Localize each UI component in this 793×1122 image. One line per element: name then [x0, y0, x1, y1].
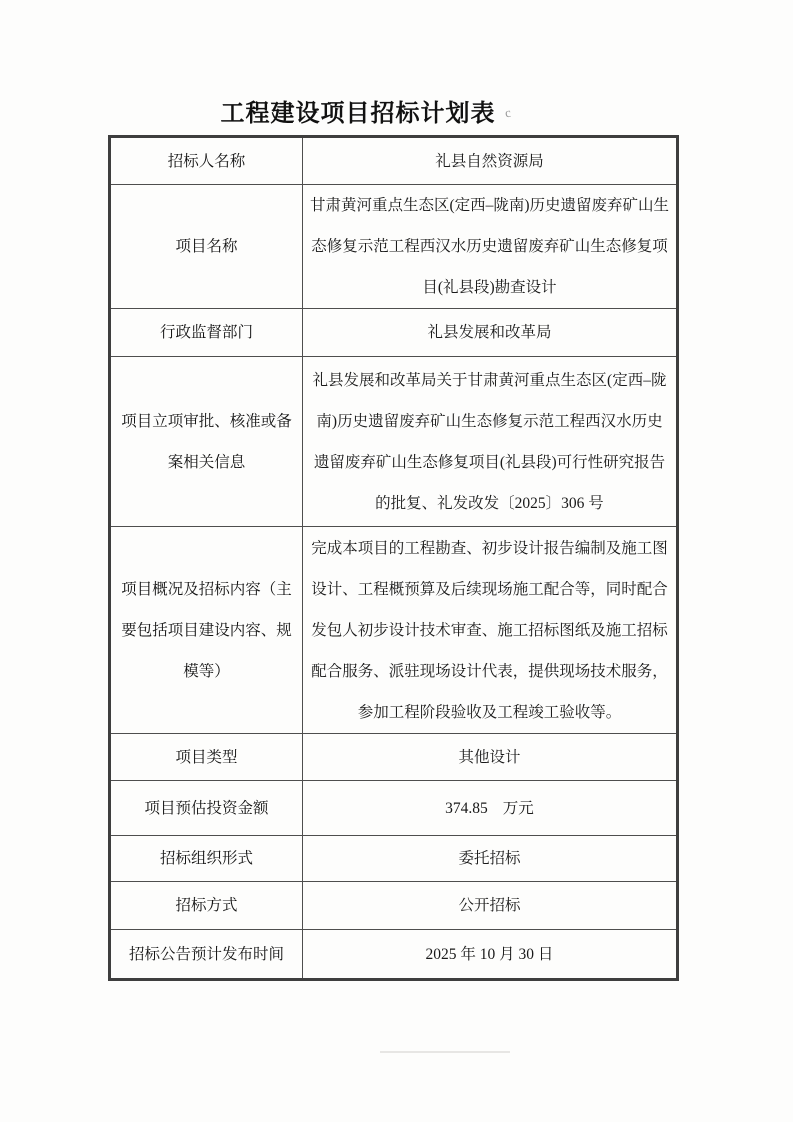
field-value: 其他设计	[303, 734, 678, 781]
field-value: 礼县自然资源局	[303, 137, 678, 185]
table-row: 项目立项审批、核准或备案相关信息 礼县发展和改革局关于甘肃黄河重点生态区(定西–…	[110, 357, 678, 527]
field-value: 礼县发展和改革局	[303, 309, 678, 357]
investment-amount: 374.85	[445, 800, 488, 817]
table-row: 招标组织形式 委托招标	[110, 836, 678, 882]
field-label: 招标人名称	[110, 137, 303, 185]
scanned-document-page: 工程建设项目招标计划表 c 招标人名称 礼县自然资源局 项目名称 甘肃黄河重点生…	[0, 0, 793, 1122]
investment-unit: 万元	[503, 800, 534, 817]
field-value: 2025 年 10 月 30 日	[303, 930, 678, 980]
page-title: 工程建设项目招标计划表	[74, 93, 642, 128]
field-value: 完成本项目的工程勘查、初步设计报告编制及施工图设计、工程概预算及后续现场施工配合…	[303, 527, 678, 734]
field-value: 礼县发展和改革局关于甘肃黄河重点生态区(定西–陇南)历史遗留废弃矿山生态修复示范…	[303, 357, 678, 527]
bidding-plan-table: 招标人名称 礼县自然资源局 项目名称 甘肃黄河重点生态区(定西–陇南)历史遗留废…	[108, 135, 679, 981]
field-label: 项目立项审批、核准或备案相关信息	[110, 357, 303, 527]
field-label: 招标方式	[110, 882, 303, 930]
table-row: 招标人名称 礼县自然资源局	[110, 137, 678, 185]
field-value: 374.85万元	[303, 781, 678, 836]
table-row: 项目概况及招标内容（主要包括项目建设内容、规模等） 完成本项目的工程勘查、初步设…	[110, 527, 678, 734]
field-label: 招标组织形式	[110, 836, 303, 882]
table-row: 招标公告预计发布时间 2025 年 10 月 30 日	[110, 930, 678, 980]
table-row: 项目预估投资金额 374.85万元	[110, 781, 678, 836]
scan-streak-artifact	[380, 1051, 510, 1053]
table-row: 项目类型 其他设计	[110, 734, 678, 781]
table-row: 项目名称 甘肃黄河重点生态区(定西–陇南)历史遗留废弃矿山生态修复示范工程西汉水…	[110, 185, 678, 309]
field-label: 行政监督部门	[110, 309, 303, 357]
field-value: 公开招标	[303, 882, 678, 930]
table-row: 行政监督部门 礼县发展和改革局	[110, 309, 678, 357]
field-label: 项目预估投资金额	[110, 781, 303, 836]
field-label: 项目名称	[110, 185, 303, 309]
field-value: 委托招标	[303, 836, 678, 882]
field-label: 招标公告预计发布时间	[110, 930, 303, 980]
field-label: 项目概况及招标内容（主要包括项目建设内容、规模等）	[110, 527, 303, 734]
table-row: 招标方式 公开招标	[110, 882, 678, 930]
field-value: 甘肃黄河重点生态区(定西–陇南)历史遗留废弃矿山生态修复示范工程西汉水历史遗留废…	[303, 185, 678, 309]
field-label: 项目类型	[110, 734, 303, 781]
